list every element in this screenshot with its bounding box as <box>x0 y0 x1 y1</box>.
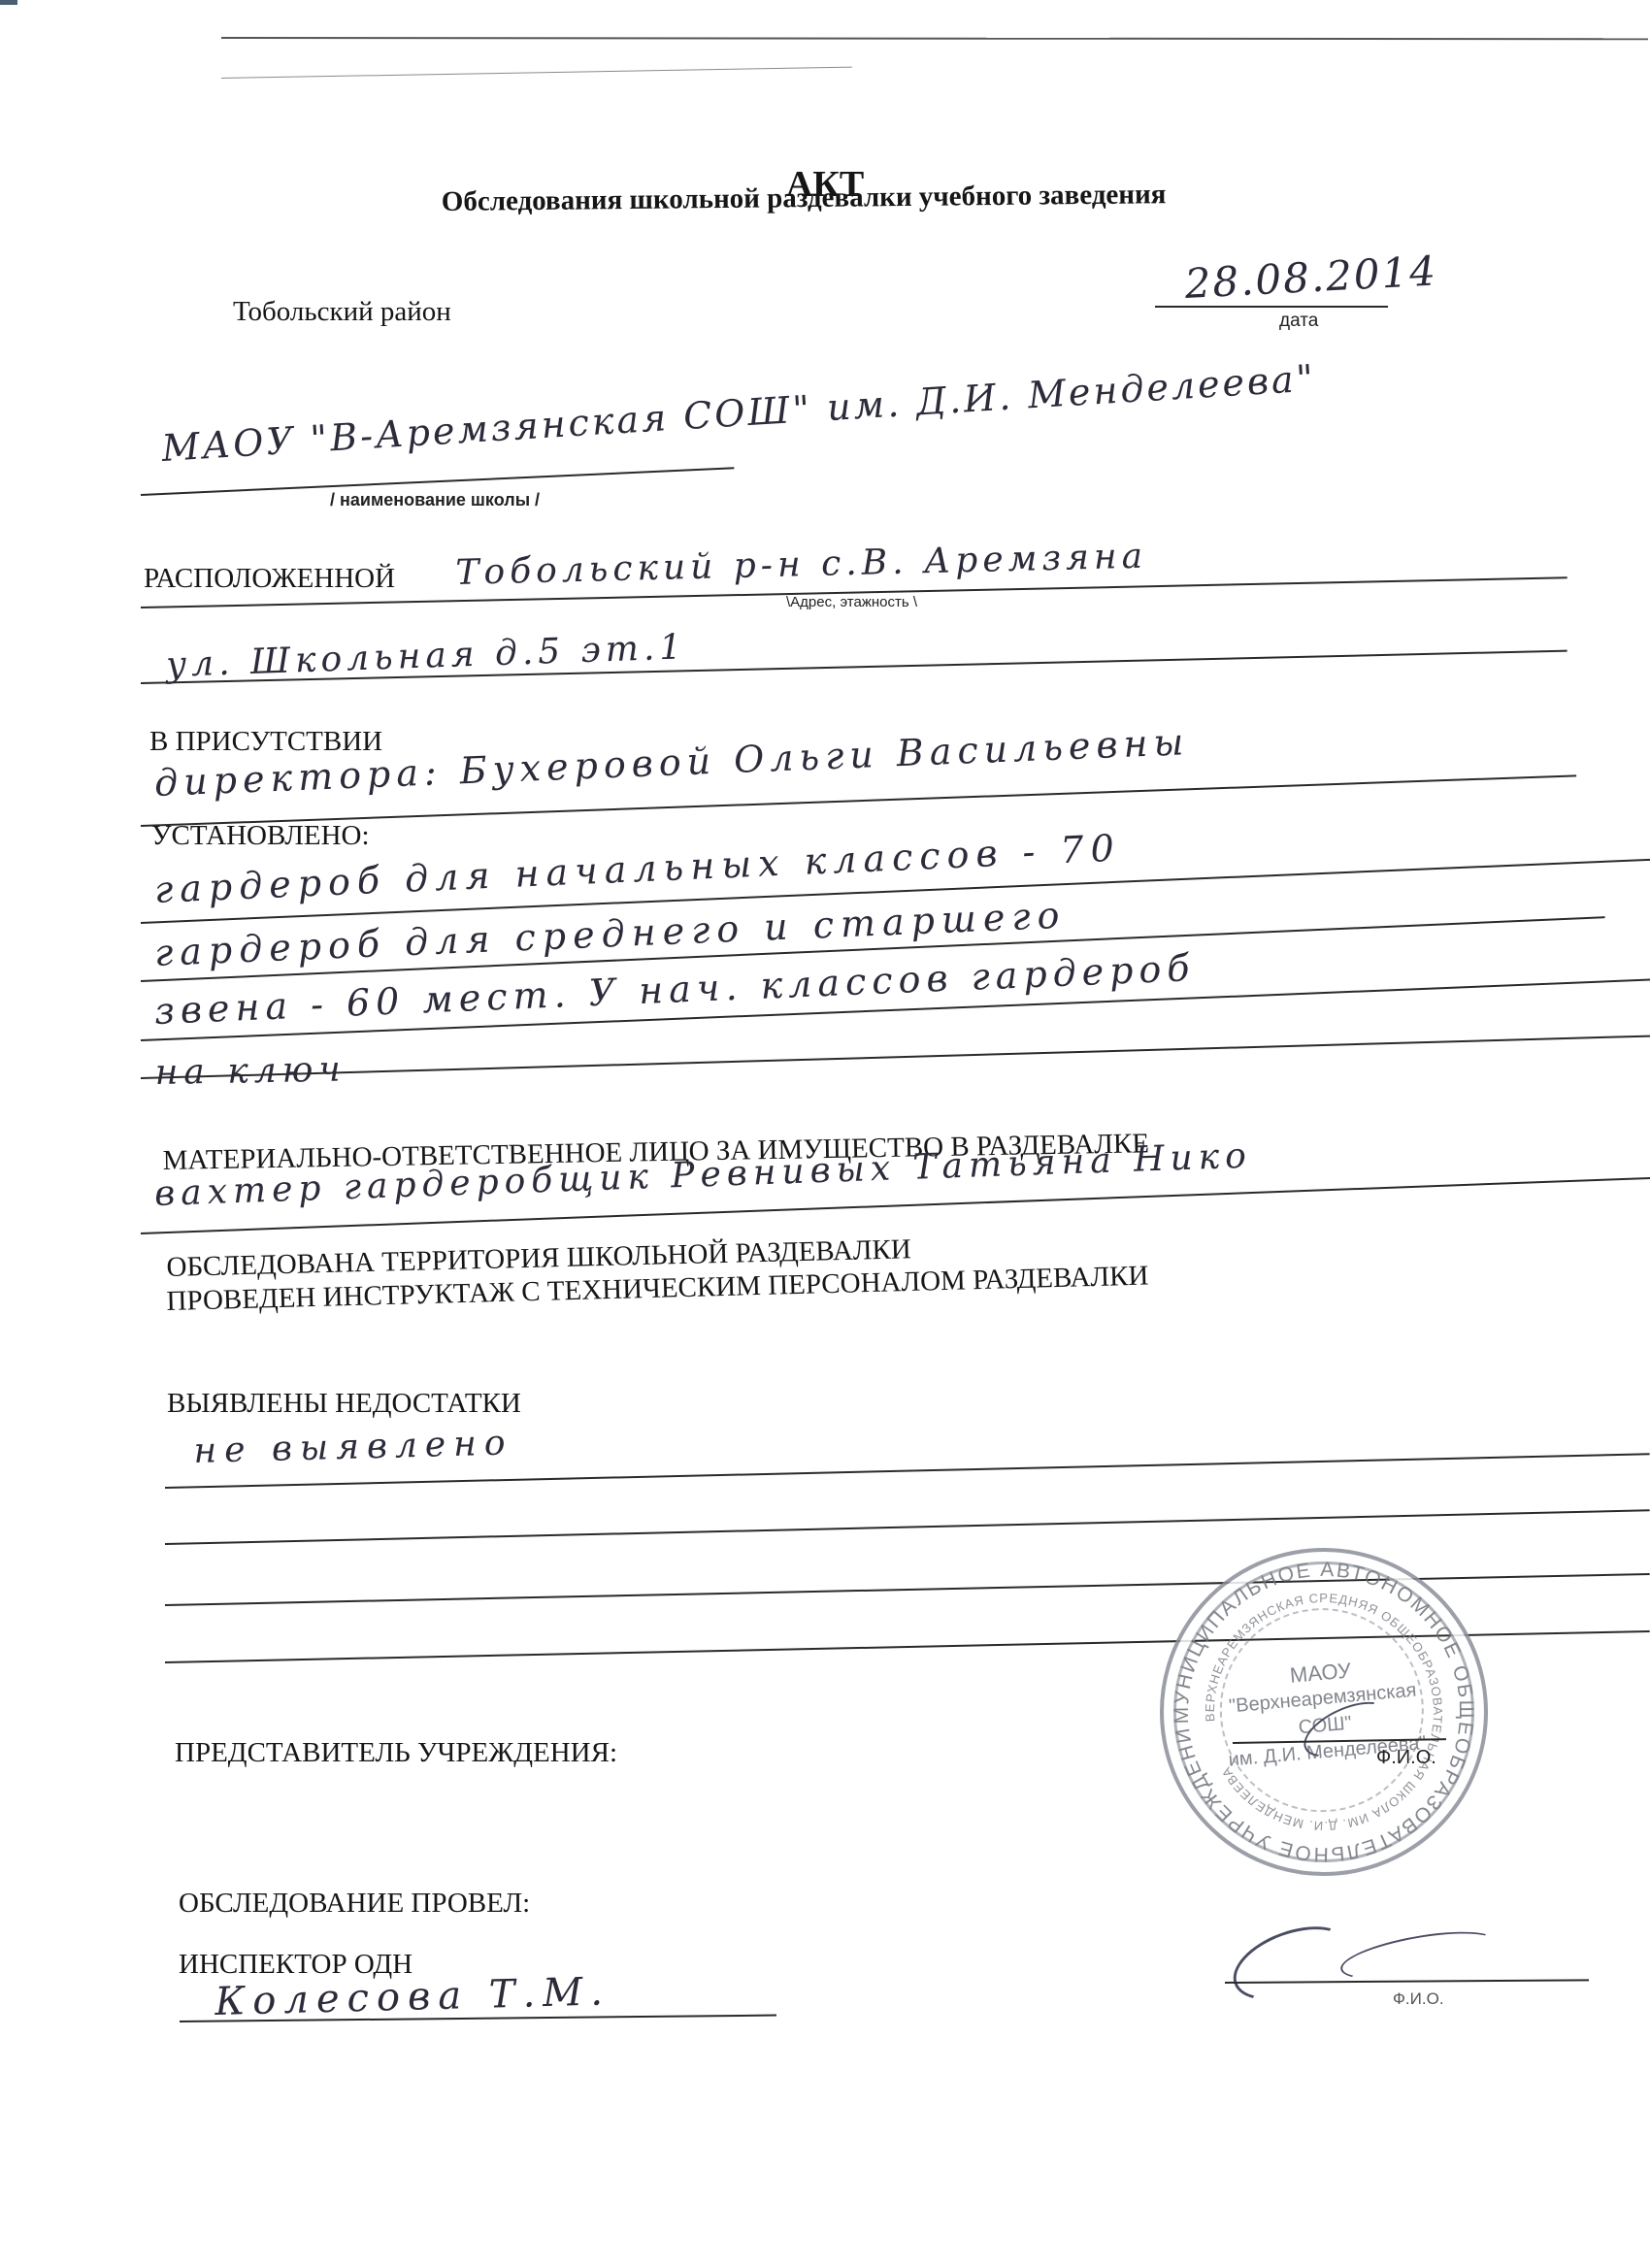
deficiencies-value: не выявлено <box>193 1423 513 1471</box>
document-subtitle: Обследования школьной раздевалки учебног… <box>442 179 1167 218</box>
inspector-signature-flourish <box>1337 1923 1501 1989</box>
findings-label: УСТАНОВЛЕНО: <box>151 820 370 852</box>
top-rule <box>221 37 1648 40</box>
inspection-label: ОБСЛЕДОВАНИЕ ПРОВЕЛ: <box>179 1888 530 1920</box>
location-label: РАСПОЛОЖЕННОЙ <box>144 563 395 595</box>
deficiencies-underline-2 <box>165 1509 1650 1545</box>
date-caption: дата <box>1279 311 1318 332</box>
date-value: 28.08.2014 <box>1183 247 1438 308</box>
date-underline <box>1155 306 1388 308</box>
location-line1-value: Тобольский р-н с.В. Аремзяна <box>455 537 1148 593</box>
findings-line-4: на ключ <box>154 1050 346 1093</box>
representative-label: ПРЕДСТАВИТЕЛЬ УЧРЕЖДЕНИЯ: <box>175 1737 617 1769</box>
representative-fio-caption: Ф.И.О. <box>1376 1747 1436 1769</box>
school-name-caption: / наименование школы / <box>330 490 540 510</box>
findings-underline-4 <box>141 1035 1650 1079</box>
school-stamp: МУНИЦИПАЛЬНОЕ АВТОНОМНОЕ ОБЩЕОБРАЗОВАТЕЛ… <box>1146 1534 1501 1890</box>
deficiencies-label: ВЫЯВЛЕНЫ НЕДОСТАТКИ <box>167 1388 521 1420</box>
scan-corner-mark <box>0 0 17 5</box>
district-label: Тобольский район <box>233 296 451 328</box>
top-rule-2 <box>221 67 852 79</box>
location-caption: \Адрес, этажность \ <box>786 594 917 610</box>
school-name-value: МАОУ "В-Аремзянская СОШ" им. Д.И. Мендел… <box>160 356 1317 470</box>
inspector-fio-caption: Ф.И.О. <box>1393 1989 1444 2009</box>
inspector-signature-loop <box>1224 1912 1361 2014</box>
